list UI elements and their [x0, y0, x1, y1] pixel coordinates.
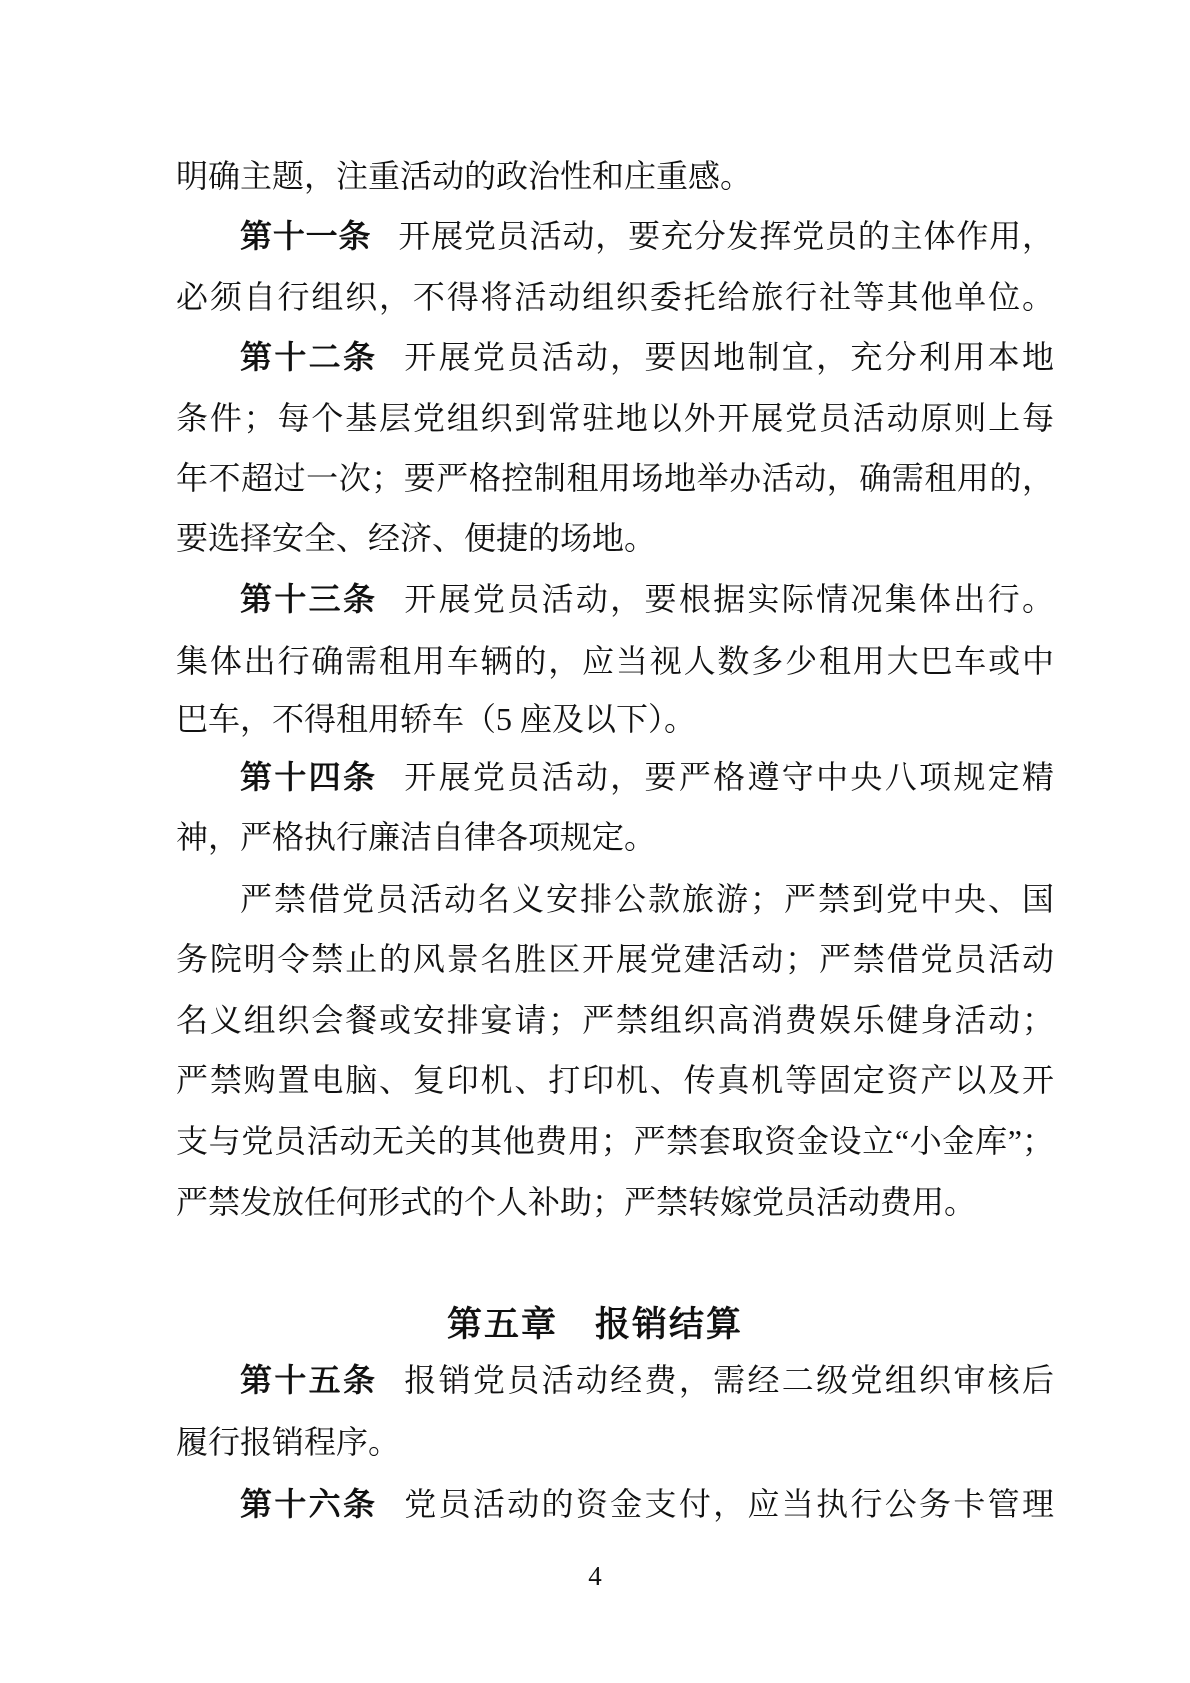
line-text: 支与党员活动无关的其他费用；严禁套取资金设立“小金库”； [176, 1123, 1054, 1159]
article-number: 第十六条 [240, 1486, 377, 1522]
line-text: 开展党员活动，要充分发挥党员的主体作用， [398, 218, 1054, 254]
line-text: 开展党员活动，要因地制宜，充分利用本地 [404, 339, 1054, 375]
line-text: 严禁购置电脑、复印机、打印机、传真机等固定资产以及开 [176, 1062, 1054, 1098]
line-text: 名义组织会餐或安排宴请；严禁组织高消费娱乐健身活动； [176, 1002, 1054, 1038]
chapter-heading-text: 第五章 报销结算 [447, 1305, 743, 1344]
text-line: 年不超过一次；要严格控制租用场地举办活动，确需租用的， [176, 458, 1054, 498]
line-text: 严禁借党员活动名义安排公款旅游；严禁到党中央、国 [240, 881, 1054, 917]
text-line: 履行报销程序。 [176, 1422, 1054, 1462]
line-text: 巴车，不得租用轿车（5 座及以下）。 [176, 701, 696, 737]
article-number: 第十一条 [240, 218, 371, 254]
text-line: 巴车，不得租用轿车（5 座及以下）。 [176, 699, 1054, 739]
page-number-text: 4 [588, 1561, 602, 1591]
text-line: 第十六条党员活动的资金支付，应当执行公务卡管理 [176, 1484, 1054, 1524]
line-text: 务院明令禁止的风景名胜区开展党建活动；严禁借党员活动 [176, 941, 1054, 977]
line-text: 必须自行组织，不得将活动组织委托给旅行社等其他单位。 [176, 279, 1054, 315]
line-text: 严禁发放任何形式的个人补助；严禁转嫁党员活动费用。 [176, 1184, 976, 1220]
text-line: 严禁借党员活动名义安排公款旅游；严禁到党中央、国 [176, 879, 1054, 919]
article-number: 第十四条 [240, 759, 377, 795]
text-line: 第十一条开展党员活动，要充分发挥党员的主体作用， [176, 216, 1054, 256]
text-line: 名义组织会餐或安排宴请；严禁组织高消费娱乐健身活动； [176, 1000, 1054, 1040]
text-line: 第十四条开展党员活动，要严格遵守中央八项规定精 [176, 757, 1054, 797]
text-line: 第十五条报销党员活动经费，需经二级党组织审核后 [176, 1360, 1054, 1400]
text-line: 严禁发放任何形式的个人补助；严禁转嫁党员活动费用。 [176, 1182, 1054, 1222]
line-text: 报销党员活动经费，需经二级党组织审核后 [404, 1362, 1054, 1398]
article-number: 第十五条 [240, 1362, 377, 1398]
text-line: 明确主题，注重活动的政治性和庄重感。 [176, 156, 1054, 196]
line-text: 条件；每个基层党组织到常驻地以外开展党员活动原则上每 [176, 400, 1054, 436]
line-text: 履行报销程序。 [176, 1424, 400, 1460]
text-line: 严禁购置电脑、复印机、打印机、传真机等固定资产以及开 [176, 1060, 1054, 1100]
line-text: 要选择安全、经济、便捷的场地。 [176, 520, 656, 556]
text-line: 要选择安全、经济、便捷的场地。 [176, 518, 1054, 558]
line-text: 集体出行确需租用车辆的，应当视人数多少租用大巴车或中 [176, 643, 1054, 679]
text-line: 必须自行组织，不得将活动组织委托给旅行社等其他单位。 [176, 277, 1054, 317]
line-text: 年不超过一次；要严格控制租用场地举办活动，确需租用的， [176, 460, 1054, 496]
line-text: 神，严格执行廉洁自律各项规定。 [176, 819, 656, 855]
page-number: 4 [0, 1561, 1190, 1591]
text-line: 神，严格执行廉洁自律各项规定。 [176, 817, 1054, 857]
text-line: 支与党员活动无关的其他费用；严禁套取资金设立“小金库”； [176, 1121, 1054, 1161]
line-text: 明确主题，注重活动的政治性和庄重感。 [176, 158, 752, 194]
text-line: 条件；每个基层党组织到常驻地以外开展党员活动原则上每 [176, 398, 1054, 438]
line-text: 开展党员活动，要严格遵守中央八项规定精 [404, 759, 1054, 795]
line-text: 开展党员活动，要根据实际情况集体出行。 [404, 581, 1054, 617]
text-line: 第十三条开展党员活动，要根据实际情况集体出行。 [176, 579, 1054, 619]
chapter-heading: 第五章 报销结算 [0, 1305, 1190, 1345]
text-line: 集体出行确需租用车辆的，应当视人数多少租用大巴车或中 [176, 641, 1054, 681]
text-line: 第十二条开展党员活动，要因地制宜，充分利用本地 [176, 337, 1054, 377]
article-number: 第十二条 [240, 339, 377, 375]
line-text: 党员活动的资金支付，应当执行公务卡管理 [404, 1486, 1054, 1522]
text-line: 务院明令禁止的风景名胜区开展党建活动；严禁借党员活动 [176, 939, 1054, 979]
document-page: 明确主题，注重活动的政治性和庄重感。 第十一条开展党员活动，要充分发挥党员的主体… [0, 0, 1190, 1683]
article-number: 第十三条 [240, 581, 377, 617]
